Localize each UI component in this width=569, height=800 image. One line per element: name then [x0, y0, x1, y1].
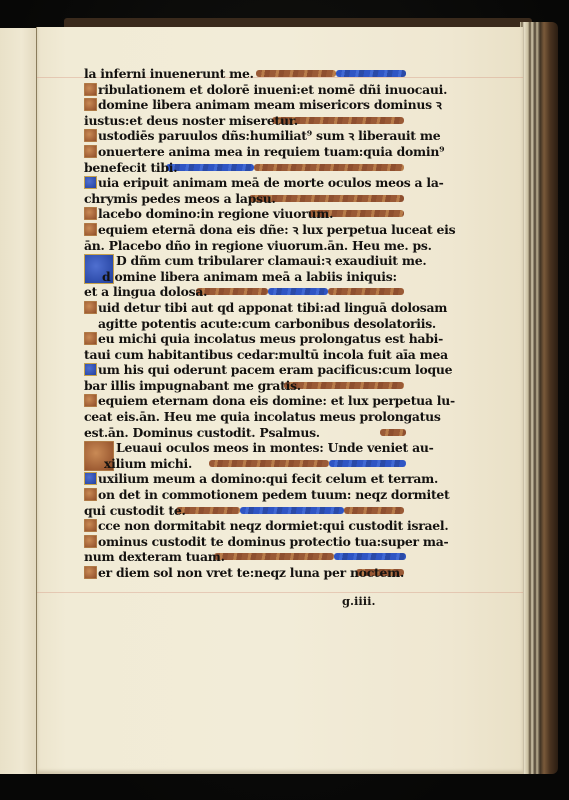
text-line: uid detur tibi aut qd apponat tibi:ad li… [84, 300, 414, 316]
gold-initial-icon [84, 566, 97, 579]
line-text: uid detur tibi aut qd apponat tibi:ad li… [98, 300, 447, 315]
text-line: bar illis impugnabant me gratis. [84, 378, 414, 394]
line-text: um his qui oderunt pacem eram pacificus:… [98, 362, 452, 377]
text-line: Leuaui oculos meos in montes: Unde venie… [84, 440, 414, 456]
line-text: taui cum habitantibus cedar:multū incola… [84, 347, 448, 362]
line-text: la inferni inuenerunt me. [84, 66, 254, 81]
text-column: la inferni inuenerunt me.ribulationem et… [84, 66, 414, 581]
text-line: equiem eternam dona eis domine: et lux p… [84, 393, 414, 409]
line-text: chrymis pedes meos a lapsu. [84, 191, 276, 206]
gold-initial-icon [84, 394, 97, 407]
gold-line-filler [328, 288, 404, 295]
blue-line-filler [268, 288, 328, 295]
gold-line-filler [380, 429, 406, 436]
blue-line-filler [240, 507, 344, 514]
facing-page-edge [0, 28, 37, 774]
line-text: ceat eis.ān. Heu me quia incolatus meus … [84, 409, 441, 424]
text-line: ān. Placebo dño in regione viuorum.ān. H… [84, 238, 414, 254]
blue-initial-icon [84, 472, 97, 485]
gold-line-filler [344, 507, 404, 514]
gold-initial-icon [84, 332, 97, 345]
text-line: est.ān. Dominus custodit. Psalmus. [84, 425, 414, 441]
text-line: d omine libera animam meā a labiis iniqu… [84, 269, 414, 285]
line-text: uia eripuit animam meā de morte oculos m… [98, 175, 444, 190]
blue-initial-icon [84, 176, 97, 189]
gold-initial-icon [84, 98, 97, 111]
ruling-line [37, 592, 523, 593]
line-text: d omine libera animam meā a labiis iniqu… [102, 269, 397, 284]
folio-signature: g.iiii. [342, 594, 376, 608]
text-line: agitte potentis acute:cum carbonibus des… [84, 316, 414, 332]
line-text: bar illis impugnabant me gratis. [84, 378, 301, 393]
gold-initial-icon [84, 145, 97, 158]
gold-initial-icon [84, 519, 97, 532]
gold-initial-icon [84, 488, 97, 501]
line-text: er diem sol non vret te:neqz luna per no… [98, 565, 404, 580]
line-text: cce non dormitabit neqz dormiet:qui cust… [98, 518, 448, 533]
text-line: lacebo domino:in regione viuorum. [84, 206, 414, 222]
gold-initial-icon [84, 535, 97, 548]
text-line: eu michi quia incolatus meus prolongatus… [84, 331, 414, 347]
text-line: chrymis pedes meos a lapsu. [84, 191, 414, 207]
text-line: taui cum habitantibus cedar:multū incola… [84, 347, 414, 363]
text-line: num dexteram tuam. [84, 549, 414, 565]
line-text: ān. Placebo dño in regione viuorum.ān. H… [84, 238, 432, 253]
gold-initial-icon [84, 223, 97, 236]
gold-initial-icon [84, 207, 97, 220]
line-text: domine libera animam meam misericors dom… [98, 97, 442, 112]
text-line: D dñm cum tribularer clamaui:ꝛ exaudiuit… [84, 253, 414, 269]
gold-line-filler [254, 164, 404, 171]
line-text: lacebo domino:in regione viuorum. [98, 206, 333, 221]
line-text: est.ān. Dominus custodit. Psalmus. [84, 425, 320, 440]
text-line: ustodiēs paruulos dñs:humiliat⁹ sum ꝛ li… [84, 128, 414, 144]
text-line: equiem eternā dona eis dñe: ꝛ lux perpet… [84, 222, 414, 238]
line-text: num dexteram tuam. [84, 549, 225, 564]
blue-line-filler [336, 70, 406, 77]
blue-initial-icon [84, 363, 97, 376]
text-line: ominus custodit te dominus protectio tua… [84, 534, 414, 550]
line-text: Leuaui oculos meos in montes: Unde venie… [116, 440, 434, 455]
line-text: iustus:et deus noster miseretur. [84, 113, 298, 128]
gold-initial-icon [84, 301, 97, 314]
line-text: on det in commotionem pedem tuum: neqz d… [98, 487, 450, 502]
text-line: um his qui oderunt pacem eram pacificus:… [84, 362, 414, 378]
line-text: ustodiēs paruulos dñs:humiliat⁹ sum ꝛ li… [98, 128, 440, 143]
text-line: ribulationem et dolorē inueni:et nomē dñ… [84, 82, 414, 98]
line-text: ribulationem et dolorē inueni:et nomē dñ… [98, 82, 447, 97]
text-line: cce non dormitabit neqz dormiet:qui cust… [84, 518, 414, 534]
text-line: uxilium meum a domino:qui fecit celum et… [84, 471, 414, 487]
text-line: domine libera animam meam misericors dom… [84, 97, 414, 113]
text-line: onuertere anima mea in requiem tuam:quia… [84, 144, 414, 160]
text-line: benefecit tibi. [84, 160, 414, 176]
gold-initial-icon [84, 83, 97, 96]
text-line: ceat eis.ān. Heu me quia incolatus meus … [84, 409, 414, 425]
line-text: et a lingua dolosa. [84, 284, 207, 299]
line-text: qui custodit te. [84, 503, 186, 518]
gold-line-filler [214, 553, 334, 560]
text-line: on det in commotionem pedem tuum: neqz d… [84, 487, 414, 503]
blue-line-filler [334, 553, 406, 560]
text-line: la inferni inuenerunt me. [84, 66, 414, 82]
line-text: benefecit tibi. [84, 160, 177, 175]
blue-line-filler [329, 460, 406, 467]
page-stack-fore-edge [520, 22, 558, 774]
line-text: equiem eternā dona eis dñe: ꝛ lux perpet… [98, 222, 455, 237]
line-text: xilium michi. [104, 456, 192, 471]
gold-line-filler [284, 382, 404, 389]
line-text: uxilium meum a domino:qui fecit celum et… [98, 471, 438, 486]
text-line: uia eripuit animam meā de morte oculos m… [84, 175, 414, 191]
line-text: D dñm cum tribularer clamaui:ꝛ exaudiuit… [116, 253, 426, 268]
text-line: er diem sol non vret te:neqz luna per no… [84, 565, 414, 581]
text-line: xilium michi. [84, 456, 414, 472]
gold-line-filler [256, 70, 336, 77]
text-line: iustus:et deus noster miseretur. [84, 113, 414, 129]
text-line: et a lingua dolosa. [84, 284, 414, 300]
line-text: ominus custodit te dominus protectio tua… [98, 534, 448, 549]
gold-initial-icon [84, 129, 97, 142]
line-text: agitte potentis acute:cum carbonibus des… [98, 316, 436, 331]
line-text: onuertere anima mea in requiem tuam:quia… [98, 144, 444, 159]
blue-line-filler [166, 164, 254, 171]
text-line: qui custodit te. [84, 503, 414, 519]
line-text: eu michi quia incolatus meus prolongatus… [98, 331, 443, 346]
gold-line-filler [209, 460, 329, 467]
line-text: equiem eternam dona eis domine: et lux p… [98, 393, 455, 408]
